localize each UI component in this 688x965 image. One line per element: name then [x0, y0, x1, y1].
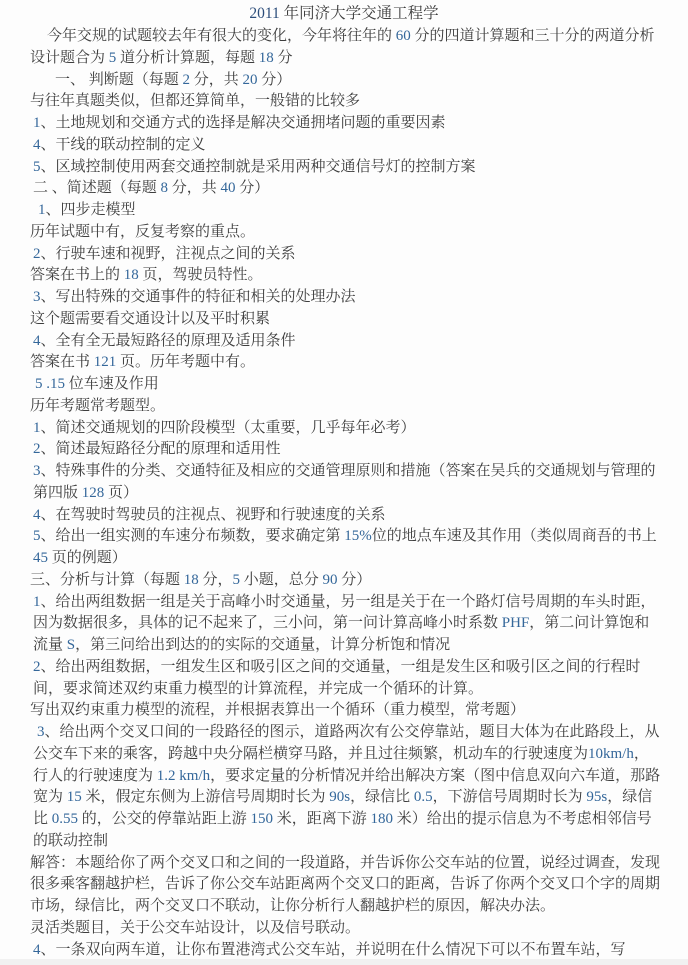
paragraph: 4、在驾驶时驾驶员的注视点、视野和行驶速度的关系	[30, 505, 662, 527]
latin-text: 4	[33, 942, 41, 958]
latin-text: 3	[37, 724, 45, 740]
paragraph: 2、简述最短路径分配的原理和适用性	[30, 439, 662, 461]
latin-text: 90	[323, 572, 338, 588]
paragraph: 三、分析与计算（每题 18 分，5 小题，总分 90 分）	[30, 570, 662, 592]
exam-notes-document: 2011 年同济大学交通工程学 今年交规的试题较去年有很大的变化，今年将往年的 …	[0, 0, 688, 965]
paragraph: 1、给出两组数据一组是关于高峰小时交通量，另一组是关于在一个路灯信号周期的车头时…	[30, 592, 662, 657]
paragraph: 答案在书 121 页。历年考题中有。	[30, 352, 662, 374]
latin-text: 5	[35, 376, 43, 392]
latin-text: 60	[396, 28, 411, 44]
paragraph: 与往年真题类似，但都还算简单，一般错的比较多	[30, 91, 662, 113]
paragraph: 一、 判断题（每题 2 分，共 20 分）	[30, 70, 662, 92]
latin-text: 1	[33, 115, 41, 131]
paragraph: 解答：本题给你了两个交叉口和之间的一段道路，并告诉你公交车站的位置，说经过调查，…	[30, 853, 662, 918]
latin-text: S	[67, 637, 75, 653]
latin-text: 5	[233, 572, 241, 588]
latin-text: 3	[33, 289, 41, 305]
latin-text: 40	[221, 180, 236, 196]
latin-text: 8	[161, 180, 169, 196]
latin-text: 4	[33, 333, 41, 349]
paragraph: 1、简述交通规划的四阶段模型（太重要，几乎每年必考）	[30, 418, 662, 440]
latin-text: 5	[109, 50, 117, 66]
latin-text: 90s	[329, 789, 350, 805]
latin-text: 18	[184, 572, 199, 588]
latin-text: 2011	[249, 5, 279, 22]
paragraph: 3、给出两个交叉口间的一段路径的图示，道路两次有公交停靠站，题目大体为在此路段上…	[30, 722, 662, 853]
paragraph: 历年考题常考题型。	[30, 396, 662, 418]
latin-text: 20	[243, 72, 258, 88]
latin-text: 2	[33, 246, 41, 262]
latin-text: 15	[67, 789, 82, 805]
paragraph: 写出双约束重力模型的流程，并根据表算出一个循环（重力模型，常考题）	[30, 700, 662, 722]
latin-text: 128	[82, 485, 105, 501]
paragraph: 二 、简述题（每题 8 分，共 40 分）	[30, 178, 662, 200]
latin-text: 2	[33, 441, 41, 457]
paragraph: 灵活类题目，关于公交车站设计，以及信号联动。	[30, 918, 662, 940]
latin-text: 150	[251, 811, 274, 827]
latin-text: km/h	[179, 768, 210, 784]
latin-text: 4	[33, 137, 41, 153]
paragraph: 1、四步走模型	[30, 200, 662, 222]
paragraph: 答案在书上的 18 页，驾驶员特性。	[30, 265, 662, 287]
latin-text: 121	[94, 354, 117, 370]
paragraph: 5 .15 位车速及作用	[30, 374, 662, 396]
latin-text: 1	[33, 420, 41, 436]
latin-text: 5	[33, 528, 41, 544]
page-bottom-edge	[0, 959, 688, 965]
latin-text: 1.2	[157, 768, 176, 784]
latin-text: 4	[33, 507, 41, 523]
paragraph: 这个题需要看交通设计以及平时积累	[30, 309, 662, 331]
latin-text: 10km/h	[588, 746, 634, 762]
paragraph: 2、行驶车速和视野，注视点之间的关系	[30, 244, 662, 266]
latin-text: 15%	[344, 528, 372, 544]
paragraph: 2、给出两组数据，一组发生区和吸引区之间的交通量，一组是发生区和吸引区之间的行程…	[30, 657, 662, 701]
document-body: 今年交规的试题较去年有很大的变化，今年将往年的 60 分的四道计算题和三十分的两…	[0, 25, 688, 961]
paragraph: 3、特殊事件的分类、交通特征及相应的交通管理原则和措施（答案在吴兵的交通规划与管…	[30, 461, 662, 505]
paragraph: 4、全有全无最短路径的原理及适用条件	[30, 331, 662, 353]
latin-text: 180	[371, 811, 394, 827]
paragraph: 历年试题中有，反复考察的重点。	[30, 222, 662, 244]
paragraph: 4、一条双向两车道，让你布置港湾式公交车站，并说明在什么情况下可以不布置车站，写	[30, 940, 662, 962]
latin-text: 2	[33, 659, 41, 675]
latin-text: 5	[33, 159, 41, 175]
latin-text: 95s	[586, 789, 607, 805]
latin-text: 0.55	[52, 811, 78, 827]
latin-text: 0.5	[414, 789, 433, 805]
paragraph: 5、给出一组实测的车速分布频数，要求确定第 15%位的地点车速及其作用（类似周商…	[30, 526, 662, 570]
latin-text: 1	[33, 594, 41, 610]
paragraph: 3、写出特殊的交通事件的特征和相关的处理办法	[30, 287, 662, 309]
page-title: 2011 年同济大学交通工程学	[0, 0, 688, 25]
latin-text: 3	[33, 463, 41, 479]
latin-text: .15	[46, 376, 65, 392]
latin-text: 45	[33, 550, 48, 566]
latin-text: PHF	[502, 615, 530, 631]
latin-text: 1	[38, 202, 46, 218]
paragraph: 5、区域控制使用两套交通控制就是采用两种交通信号灯的控制方案	[30, 157, 662, 179]
paragraph: 1、土地规划和交通方式的选择是解决交通拥堵问题的重要因素	[30, 113, 662, 135]
latin-text: 18	[124, 267, 139, 283]
latin-text: 18	[259, 50, 274, 66]
paragraph: 今年交规的试题较去年有很大的变化，今年将往年的 60 分的四道计算题和三十分的两…	[30, 26, 662, 70]
paragraph: 4、干线的联动控制的定义	[30, 135, 662, 157]
latin-text: 2	[183, 72, 191, 88]
